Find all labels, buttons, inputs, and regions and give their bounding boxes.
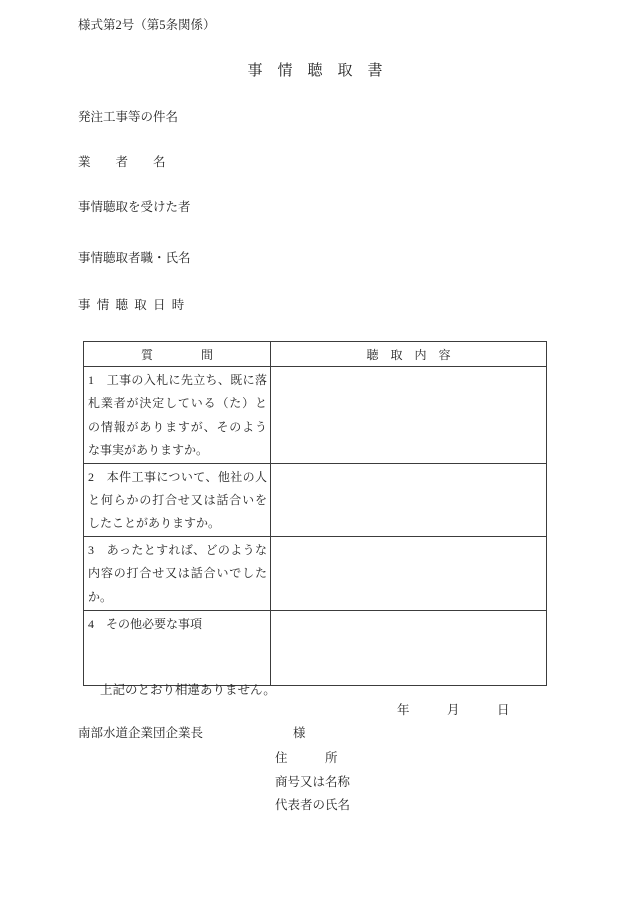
table-header-row: 質 間 聴 取 内 容 xyxy=(84,342,547,367)
field-label-interviewer-name: 事情聴取者職・氏名 xyxy=(78,252,191,265)
company-name-label: 商号又は名称 xyxy=(275,776,350,789)
field-label-person-heard: 事情聴取を受けた者 xyxy=(78,201,191,214)
question-column-header: 質 間 xyxy=(84,342,271,367)
hearing-table: 質 間 聴 取 内 容 1 工事の入札に先立ち、既に落札業者が決定している（た）… xyxy=(83,341,547,686)
content-cell-2 xyxy=(271,463,547,536)
date-line: 年 月 日 xyxy=(397,704,510,717)
table-row: 3 あったとすれば、どのような内容の打合せ又は話合いでしたか。 xyxy=(84,536,547,610)
question-cell-4: 4 その他必要な事項 xyxy=(84,610,271,685)
question-cell-1: 1 工事の入札に先立ち、既に落札業者が決定している（た）との情報がありますが、そ… xyxy=(84,367,271,464)
question-cell-2: 2 本件工事について、他社の人と何らかの打合せ又は話合いをしたことがありますか。 xyxy=(84,463,271,536)
addressee: 南部水道企業団企業長 xyxy=(78,727,203,740)
content-column-header: 聴 取 内 容 xyxy=(271,342,547,367)
addressee-honorific: 様 xyxy=(293,727,306,740)
content-cell-3 xyxy=(271,536,547,610)
address-label: 住 所 xyxy=(275,752,338,765)
content-cell-4 xyxy=(271,610,547,685)
question-cell-3: 3 あったとすれば、どのような内容の打合せ又は話合いでしたか。 xyxy=(84,536,271,610)
table-row: 1 工事の入札に先立ち、既に落札業者が決定している（た）との情報がありますが、そ… xyxy=(84,367,547,464)
table-row: 2 本件工事について、他社の人と何らかの打合せ又は話合いをしたことがありますか。 xyxy=(84,463,547,536)
table-row: 4 その他必要な事項 xyxy=(84,610,547,685)
field-label-project-name: 発注工事等の件名 xyxy=(78,111,178,124)
field-label-contractor-name: 業 者 名 xyxy=(78,156,166,169)
field-label-hearing-datetime: 事 情 聴 取 日 時 xyxy=(78,299,184,312)
representative-name-label: 代表者の氏名 xyxy=(275,799,350,812)
form-number: 様式第2号（第5条関係） xyxy=(78,19,216,32)
content-cell-1 xyxy=(271,367,547,464)
confirmation-statement: 上記のとおり相違ありません。 xyxy=(100,684,276,697)
hearing-record-form: { "header": { "form_number": "様式第2号（第5条関… xyxy=(0,0,630,903)
document-title: 事 情 聴 取 書 xyxy=(0,64,630,79)
